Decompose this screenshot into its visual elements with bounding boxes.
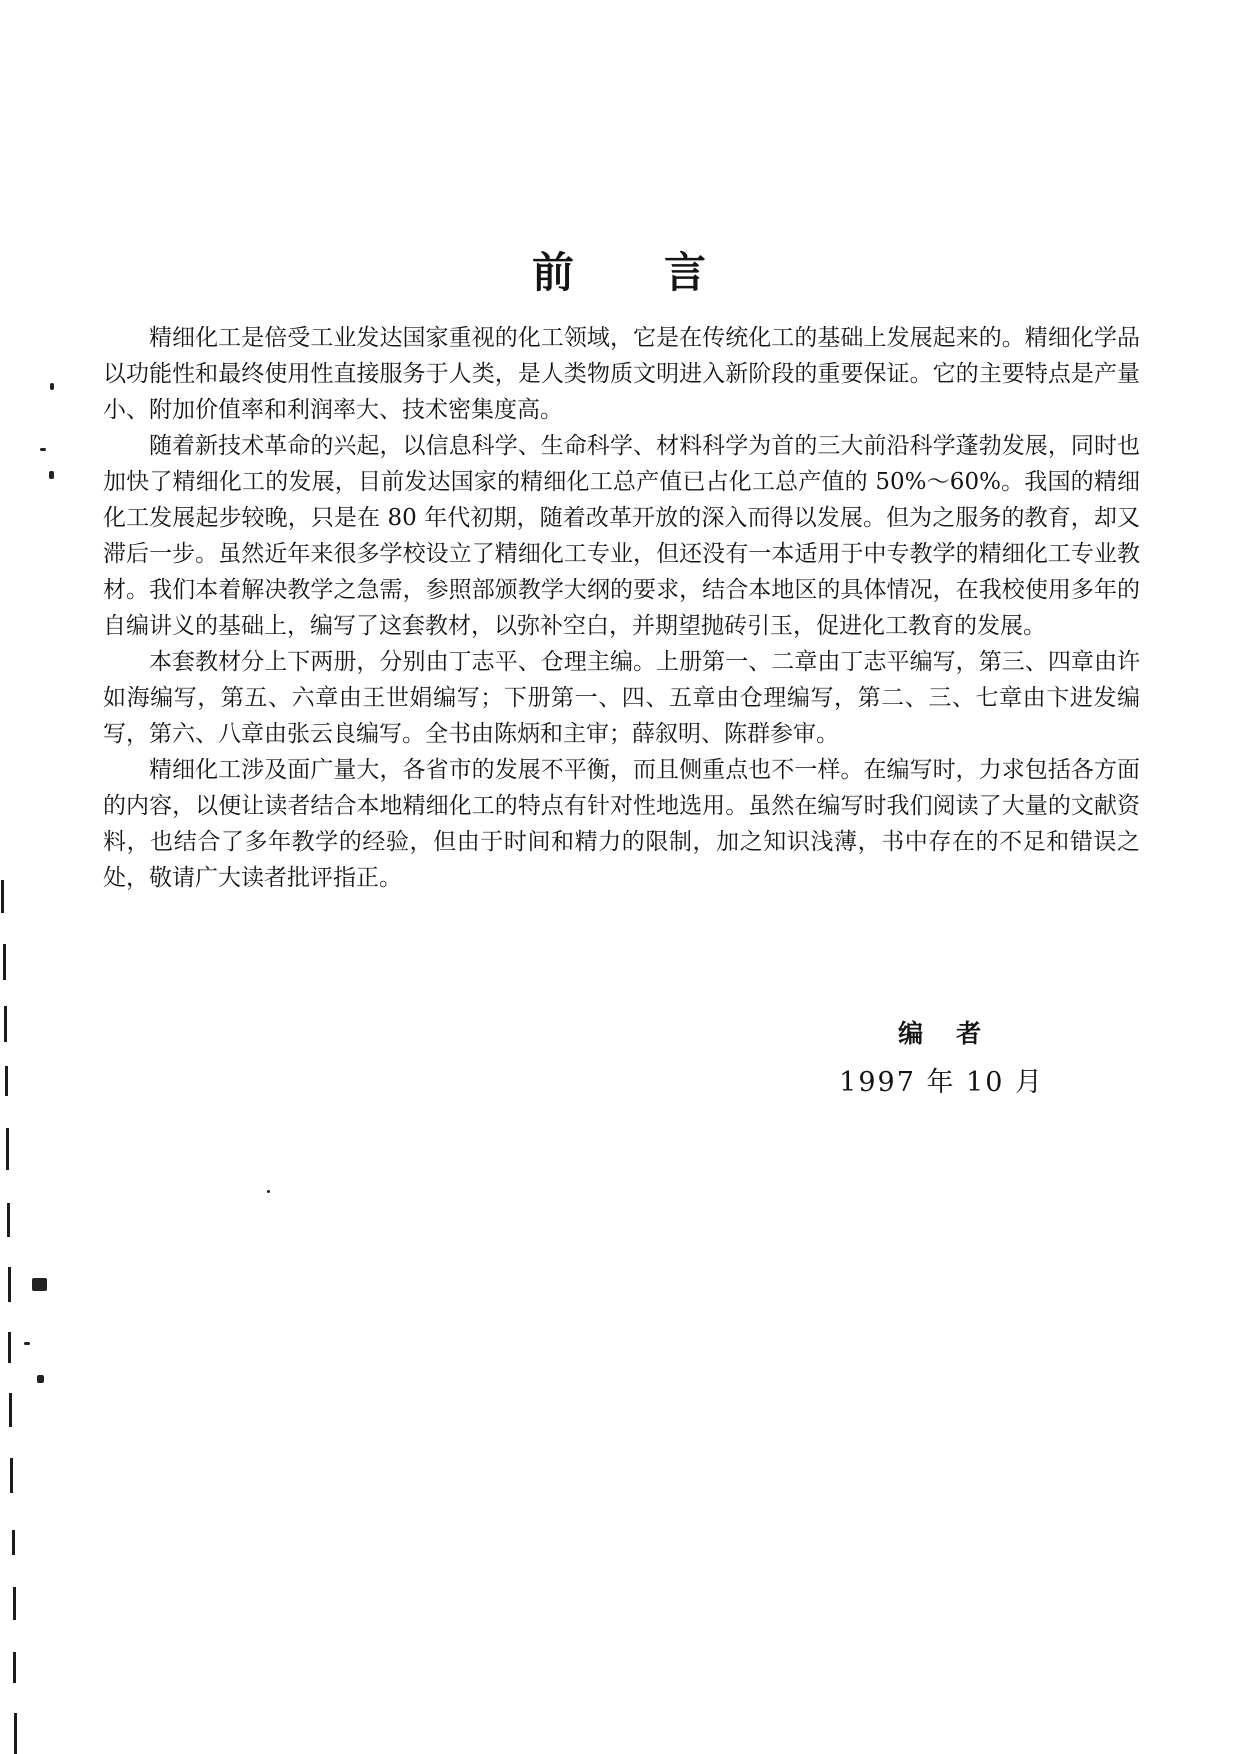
preface-body: 精细化工是倍受工业发达国家重视的化工领域，它是在传统化工的基础上发展起来的。精细… (103, 320, 1140, 896)
paper-speck-artifact (24, 1342, 30, 1345)
left-edge-dash-artifact (8, 1267, 11, 1302)
left-edge-dash-artifact (14, 1713, 17, 1754)
paragraph-background: 随着新技术革命的兴起，以信息科学、生命科学、材料科学为首的三大前沿科学蓬勃发展，… (103, 428, 1140, 644)
left-edge-dash-artifact (5, 1066, 8, 1096)
paragraph-intro: 精细化工是倍受工业发达国家重视的化工领域，它是在传统化工的基础上发展起来的。精细… (103, 320, 1140, 428)
left-edge-dash-artifact (1, 880, 4, 913)
scanned-book-page: 前 言 精细化工是倍受工业发达国家重视的化工领域，它是在传统化工的基础上发展起来… (0, 0, 1240, 1754)
left-edge-dash-artifact (13, 1587, 16, 1620)
paper-speck-artifact (32, 1278, 47, 1291)
paper-speck-artifact (267, 1190, 270, 1193)
left-edge-dash-artifact (7, 1203, 10, 1237)
signature-date: 1997 年 10 月 (839, 1060, 1044, 1099)
left-edge-dash-artifact (12, 1530, 15, 1555)
left-edge-dash-artifact (3, 944, 6, 980)
paper-speck-artifact (50, 383, 54, 390)
paragraph-authors: 本套教材分上下两册，分别由丁志平、仓理主编。上册第一、二章由丁志平编写，第三、四… (103, 644, 1140, 752)
signature-block: 编 者 1997 年 10 月 (839, 1014, 1044, 1099)
paper-speck-artifact (37, 1375, 44, 1383)
signature-author: 编 者 (839, 1014, 1044, 1050)
left-edge-dash-artifact (10, 1458, 13, 1493)
left-edge-dash-artifact (4, 1006, 7, 1042)
left-edge-dash-artifact (9, 1393, 12, 1427)
left-edge-dash-artifact (8, 1332, 11, 1363)
page-title: 前 言 (0, 240, 1240, 300)
paragraph-closing: 精细化工涉及面广量大，各省市的发展不平衡，而且侧重点也不一样。在编写时，力求包括… (103, 752, 1140, 896)
left-edge-dash-artifact (6, 1128, 9, 1170)
paper-speck-artifact (49, 471, 54, 479)
left-edge-dash-artifact (13, 1652, 16, 1683)
paper-speck-artifact (40, 448, 46, 451)
